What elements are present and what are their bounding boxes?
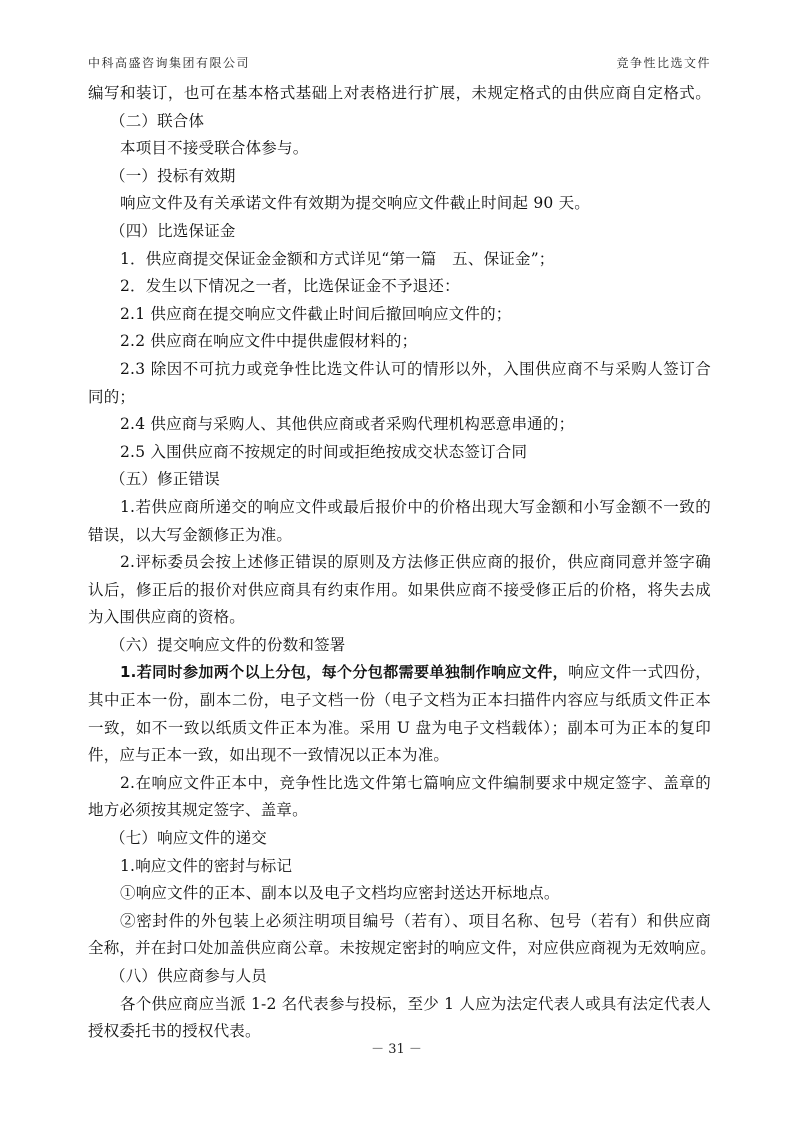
line-text: （二）联合体 <box>110 112 204 130</box>
paragraph-line: 错误，以大写金额修正为准。 <box>88 522 711 550</box>
paragraph-line: 本项目不接受联合体参与。 <box>88 135 711 163</box>
header-document-title: 竞争性比选文件 <box>616 54 711 71</box>
section-heading: （八）供应商参与人员 <box>88 963 711 991</box>
line-text: 全称，并在封口处加盖供应商公章。未按规定密封的响应文件，对应供应商视为无效响应。 <box>88 939 716 957</box>
line-text: 1.响应文件的密封与标记 <box>120 857 292 875</box>
line-text: 2.评标委员会按上述修正错误的原则及方法修正供应商的报价，供应商同意并签字确 <box>120 553 711 571</box>
section-heading: （二）联合体 <box>88 108 711 136</box>
paragraph-line: 2.5 入围供应商不按规定的时间或拒绝按成交状态签订合同 <box>88 439 711 467</box>
section-heading: （七）响应文件的递交 <box>88 825 711 853</box>
paragraph-line: 1.响应文件的密封与标记 <box>88 853 711 881</box>
line-text: （六）提交响应文件的份数和签署 <box>110 636 346 654</box>
document-body: 编写和装订，也可在基本格式基础上对表格进行扩展，未规定格式的由供应商自定格式。（… <box>88 80 711 1046</box>
line-text: 2.3 除因不可抗力或竞争性比选文件认可的情形以外，入围供应商不与采购人签订合 <box>120 360 711 378</box>
paragraph-line: 2.1 供应商在提交响应文件截止时间后撤回响应文件的； <box>88 301 711 329</box>
line-text: ①响应文件的正本、副本以及电子文档均应密封送达开标地点。 <box>120 884 560 902</box>
bold-emphasis: 1.若同时参加两个以上分包，每个分包都需要单独制作响应文件， <box>120 663 568 681</box>
paragraph-line: 件，应与正本一致，如出现不一致情况以正本为准。 <box>88 742 711 770</box>
line-text: 为入围供应商的资格。 <box>88 608 245 626</box>
line-text: 编写和装订，也可在基本格式基础上对表格进行扩展，未规定格式的由供应商自定格式。 <box>88 84 711 102</box>
line-text: ②密封件的外包装上必须注明项目编号（若有）、项目名称、包号（若有）和供应商 <box>120 912 711 930</box>
line-text: 响应文件一式四份， <box>568 663 711 681</box>
section-heading: （五）修正错误 <box>88 466 711 494</box>
line-text: 一致，如不一致以纸质文件正本为准。采用 U 盘为电子文档载体）；副本可为正本的复… <box>88 719 711 737</box>
line-text: 地方必须按其规定签字、盖章。 <box>88 801 308 819</box>
paragraph-line: 2.在响应文件正本中，竞争性比选文件第七篇响应文件编制要求中规定签字、盖章的 <box>88 770 711 798</box>
header-company-name: 中科高盛咨询集团有限公司 <box>88 54 250 71</box>
paragraph-line: 同的； <box>88 384 711 412</box>
paragraph-line: 2.4 供应商与采购人、其他供应商或者采购代理机构恶意串通的； <box>88 411 711 439</box>
paragraph-line: 1.若同时参加两个以上分包，每个分包都需要单独制作响应文件，响应文件一式四份， <box>88 659 711 687</box>
section-heading: （六）提交响应文件的份数和签署 <box>88 632 711 660</box>
paragraph-line: 编写和装订，也可在基本格式基础上对表格进行扩展，未规定格式的由供应商自定格式。 <box>88 80 711 108</box>
line-text: 件，应与正本一致，如出现不一致情况以正本为准。 <box>88 746 449 764</box>
section-heading: （一）投标有效期 <box>88 163 711 191</box>
paragraph-line: 认后，修正后的报价对供应商具有约束作用。如果供应商不接受修正后的价格，将失去成 <box>88 577 711 605</box>
line-text: 2.1 供应商在提交响应文件截止时间后撤回响应文件的； <box>120 305 511 323</box>
line-text: （四）比选保证金 <box>110 222 236 240</box>
paragraph-line: ①响应文件的正本、副本以及电子文档均应密封送达开标地点。 <box>88 880 711 908</box>
page-header: 中科高盛咨询集团有限公司 竞争性比选文件 <box>88 54 711 72</box>
paragraph-line: 2.3 除因不可抗力或竞争性比选文件认可的情形以外，入围供应商不与采购人签订合 <box>88 356 711 384</box>
line-text: （七）响应文件的递交 <box>110 829 267 847</box>
line-text: 响应文件及有关承诺文件有效期为提交响应文件截止时间起 90 天。 <box>120 194 590 212</box>
paragraph-line: 1.若供应商所递交的响应文件或最后报价中的价格出现大写金额和小写金额不一致的 <box>88 494 711 522</box>
paragraph-line: 2.评标委员会按上述修正错误的原则及方法修正供应商的报价，供应商同意并签字确 <box>88 549 711 577</box>
paragraph-line: 为入围供应商的资格。 <box>88 604 711 632</box>
paragraph-line: 2.2 供应商在响应文件中提供虚假材料的； <box>88 328 711 356</box>
line-text: 本项目不接受联合体参与。 <box>120 139 308 157</box>
paragraph-line: 全称，并在封口处加盖供应商公章。未按规定密封的响应文件，对应供应商视为无效响应。 <box>88 935 711 963</box>
section-heading: （四）比选保证金 <box>88 218 711 246</box>
line-text: 2.5 入围供应商不按规定的时间或拒绝按成交状态签订合同 <box>120 443 527 461</box>
paragraph-line: 地方必须按其规定签字、盖章。 <box>88 797 711 825</box>
line-text: 2.2 供应商在响应文件中提供虚假材料的； <box>120 332 417 350</box>
paragraph-line: 2．发生以下情况之一者，比选保证金不予退还： <box>88 273 711 301</box>
paragraph-line: 响应文件及有关承诺文件有效期为提交响应文件截止时间起 90 天。 <box>88 190 711 218</box>
line-text: （五）修正错误 <box>110 470 220 488</box>
line-text: 1．供应商提交保证金金额和方式详见“第一篇 五、保证金”； <box>120 250 555 268</box>
line-text: 2.4 供应商与采购人、其他供应商或者采购代理机构恶意串通的； <box>120 415 574 433</box>
page-number: － 31 － <box>0 1038 793 1057</box>
paragraph-line: 1．供应商提交保证金金额和方式详见“第一篇 五、保证金”； <box>88 246 711 274</box>
line-text: 2．发生以下情况之一者，比选保证金不予退还： <box>120 277 460 295</box>
line-text: 错误，以大写金额修正为准。 <box>88 526 292 544</box>
line-text: 各个供应商应当派 1-2 名代表参与投标，至少 1 人应为法定代表人或具有法定代… <box>120 995 711 1013</box>
line-text: 认后，修正后的报价对供应商具有约束作用。如果供应商不接受修正后的价格，将失去成 <box>88 581 711 599</box>
line-text: 其中正本一份，副本二份，电子文档一份（电子文档为正本扫描件内容应与纸质文件正本 <box>88 691 711 709</box>
paragraph-line: 一致，如不一致以纸质文件正本为准。采用 U 盘为电子文档载体）；副本可为正本的复… <box>88 715 711 743</box>
line-text: 同的； <box>88 388 135 406</box>
line-text: （一）投标有效期 <box>110 167 236 185</box>
line-text: （八）供应商参与人员 <box>110 967 267 985</box>
paragraph-line: ②密封件的外包装上必须注明项目编号（若有）、项目名称、包号（若有）和供应商 <box>88 908 711 936</box>
paragraph-line: 各个供应商应当派 1-2 名代表参与投标，至少 1 人应为法定代表人或具有法定代… <box>88 991 711 1019</box>
line-text: 2.在响应文件正本中，竞争性比选文件第七篇响应文件编制要求中规定签字、盖章的 <box>120 774 711 792</box>
paragraph-line: 其中正本一份，副本二份，电子文档一份（电子文档为正本扫描件内容应与纸质文件正本 <box>88 687 711 715</box>
line-text: 1.若供应商所递交的响应文件或最后报价中的价格出现大写金额和小写金额不一致的 <box>120 498 711 516</box>
